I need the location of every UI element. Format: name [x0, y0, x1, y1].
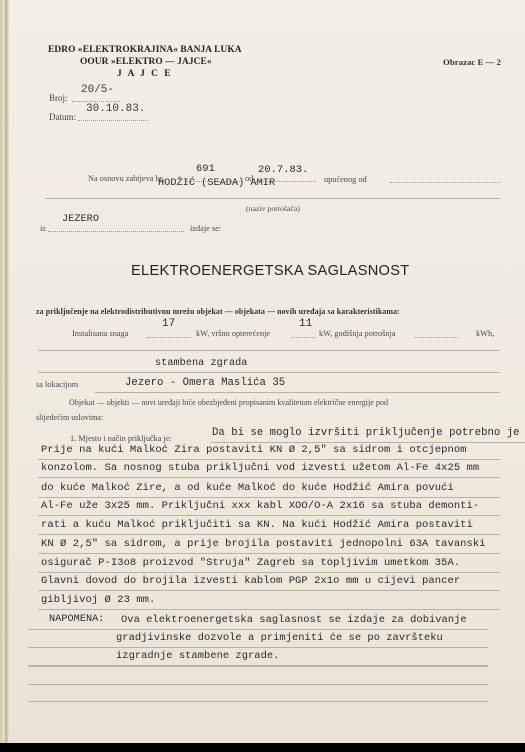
- installed-value: 17: [162, 318, 175, 330]
- location-label: sa lokacijom: [36, 380, 78, 389]
- request-number: 691: [196, 163, 215, 175]
- item1-line: KN Ø 2,5" sa sidrom, a prije brojila pos…: [41, 538, 486, 550]
- izdaje-label: izdaje se:: [190, 224, 221, 233]
- annual-label: kW, godišnja potrošnja: [319, 329, 395, 338]
- document-title: ELEKTROENERGETSKA SAGLASNOST: [131, 263, 409, 279]
- note-label: NAPOMENA:: [49, 614, 104, 625]
- note-line: Ova elektroenergetska saglasnost se izda…: [121, 614, 467, 626]
- org-line-2: OOUR »ELEKTRO — JAJCE«: [80, 57, 212, 67]
- note-line: izgradnje stambene zgrade.: [116, 650, 279, 662]
- consumer-name: HODŽIĆ (SEADA) AMIR: [158, 178, 275, 189]
- request-date: 20.7.83.: [258, 164, 308, 176]
- datum-label: Datum:: [49, 112, 76, 122]
- item1-line: konzolom. Sa nosnog stuba priključni vod…: [41, 462, 479, 474]
- peak-label: kW, vršno opterećenje: [196, 329, 270, 338]
- document-page: EDRO »ELEKTROKRAJINA« BANJA LUKA OOUR »E…: [0, 0, 525, 743]
- installed-label: Instalisana snaga: [72, 329, 128, 338]
- item1-line: osigurač P-I3o8 proizvod "Struja" Zagreb…: [41, 557, 460, 569]
- item1-line: Al-Fe uže 3x25 mm. Priključni xxx kabl X…: [41, 500, 479, 512]
- item1-line: gibljivoj Ø 23 mm.: [41, 594, 155, 606]
- broj-value: 20/5-: [81, 84, 114, 96]
- org-line-3: J A J C E: [117, 69, 173, 79]
- item1-line: do kuće Malkoć Zire, a od kuće Malkoć do…: [41, 482, 454, 494]
- request-prefix: Na osnovu zahtjeva br.: [88, 174, 164, 183]
- datum-value: 30.10.83.: [86, 103, 145, 115]
- paper-binding-edge: [0, 0, 9, 743]
- upucenog-label: upućenog od: [324, 175, 367, 184]
- conditions-line-2: slijedećim uslovima:: [36, 413, 103, 422]
- kwh-label: kWh,: [476, 329, 494, 338]
- consumer-caption: (naziv potrošača): [246, 204, 300, 213]
- item1-line: Glavni dovod do brojila izvesti kablom P…: [41, 575, 460, 587]
- item1-label: 1. Mjesto i način priključka je:: [70, 434, 172, 443]
- peak-value: 11: [299, 318, 312, 330]
- note-line: gradjivinske dozvole a primjeniti će se …: [116, 632, 443, 644]
- conditions-line-1: Objekat — objekti — novi uređaji biće ob…: [69, 398, 388, 407]
- place-value: JEZERO: [62, 214, 99, 225]
- item1-line: rati a kuću Malkoć priključiti sa KN. Na…: [41, 519, 473, 531]
- item1-first-line: Da bi se moglo izvršiti priključenje pot…: [212, 427, 520, 439]
- iz-label: iz: [40, 224, 46, 233]
- object-type: stambena zgrada: [155, 358, 247, 369]
- location-value: Jezero - Omera Maslića 35: [125, 377, 285, 389]
- broj-label: Broj:: [49, 93, 68, 103]
- org-line-1: EDRO »ELEKTROKRAJINA« BANJA LUKA: [48, 45, 242, 55]
- item1-line: Prije na kući Malkoć Zira postaviti KN Ø…: [41, 444, 467, 456]
- form-code: Obrazac E — 2: [443, 57, 501, 67]
- connection-intro: za priključenje na elektrodistributivnu …: [36, 307, 400, 316]
